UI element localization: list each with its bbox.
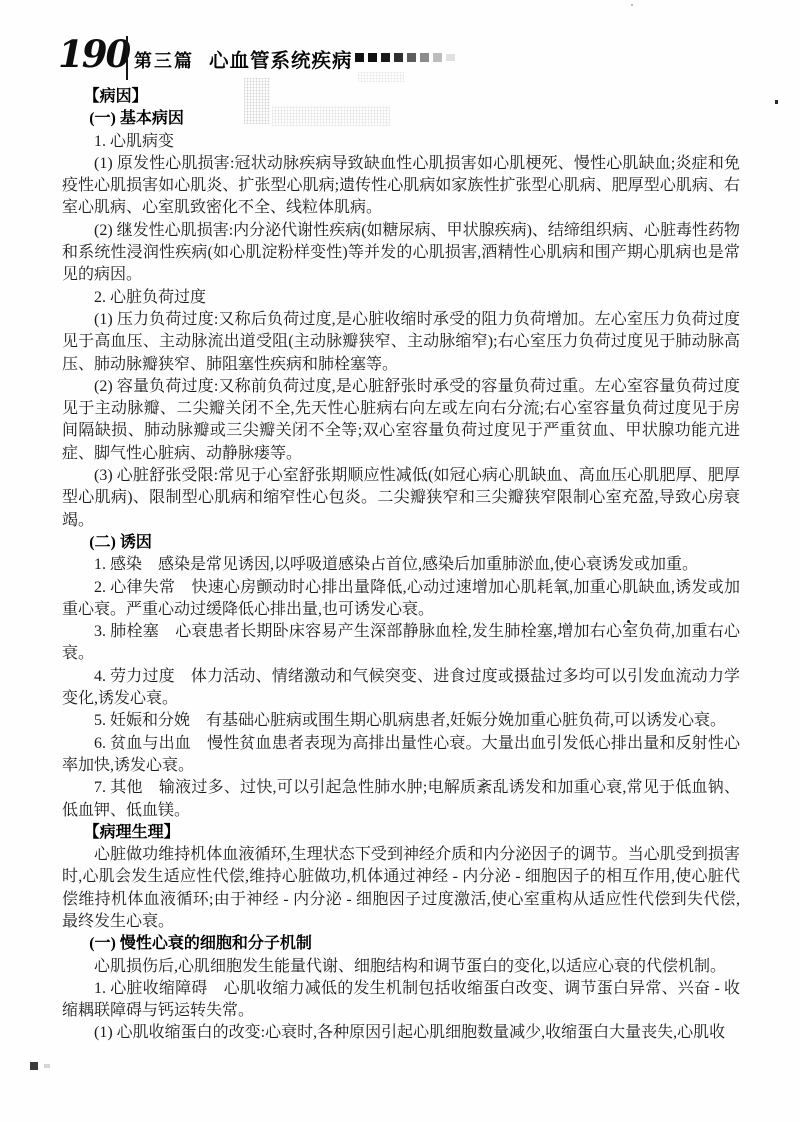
scan-artifact [627,620,630,623]
paragraph: 心肌损伤后,心肌细胞发生能量代谢、细胞结构和调节蛋白的变化,以适应心衰的代偿机制… [62,956,740,978]
paragraph: 4. 劳力过度 体力活动、情绪激动和气候突变、进食过度或摄盐过多均可以引发血流动… [62,666,740,711]
paragraph: 1. 心肌病变 [62,131,740,153]
page-content: 【病因】 (一) 基本病因 1. 心肌病变 (1) 原发性心肌损害:冠状动脉疾病… [62,86,740,1045]
section-label: 第三篇 [134,47,194,73]
paragraph: (1) 原发性心肌损害:冠状动脉疾病导致缺血性心肌损害如心肌梗死、慢性心肌缺血;… [62,153,740,220]
paragraph: 3. 肺栓塞 心衰患者长期卧床容易产生深部静脉血栓,发生肺栓塞,增加右心室负荷,… [62,621,740,666]
subheading-cellular-mechanism: (一) 慢性心衰的细胞和分子机制 [62,933,740,955]
paragraph: 心脏做功维持机体血液循环,生理状态下受到神经介质和内分泌因子的调节。当心肌受到损… [62,844,740,933]
scan-artifact [30,1062,38,1070]
paragraph: 1. 感染 感染是常见诱因,以呼吸道感染占首位,感染后加重肺淤血,使心衰诱发或加… [62,554,740,576]
paragraph: 1. 心脏收缩障碍 心肌收缩力减低的发生机制包括收缩蛋白改变、调节蛋白异常、兴奋… [62,978,740,1023]
paragraph: (1) 压力负荷过度:又称后负荷过度,是心脏收缩时承受的阻力负荷增加。左心室压力… [62,309,740,376]
header-divider [126,36,128,80]
page-header: 190 第三篇 心血管系统疾病 [58,34,758,84]
paragraph: (2) 继发性心肌损害:内分泌代谢性疾病(如糖尿病、甲状腺疾病)、结缔组织病、心… [62,220,740,287]
paragraph: 2. 心律失常 快速心房颤动时心排出量降低,心动过速增加心肌耗氧,加重心肌缺血,… [62,577,740,622]
decorative-squares-icon [355,53,455,62]
subheading-basic-causes: (一) 基本病因 [62,108,740,130]
section-heading-pathophysiology: 【病理生理】 [62,822,740,844]
scan-artifact [44,1064,50,1068]
paragraph: 6. 贫血与出血 慢性贫血患者表现为高排出量性心衰。大量出血引发低心排出量和反射… [62,733,740,778]
paragraph: (2) 容量负荷过度:又称前负荷过度,是心脏舒张时承受的容量负荷过重。左心室容量… [62,376,740,465]
paragraph: 2. 心脏负荷过度 [62,287,740,309]
scan-artifact [775,100,778,104]
subheading-precipitating-factors: (二) 诱因 [62,532,740,554]
chapter-title: 心血管系统疾病 [209,45,353,73]
scan-artifact [631,4,633,6]
paragraph: (1) 心肌收缩蛋白的改变:心衰时,各种原因引起心肌细胞数量减少,收缩蛋白大量丧… [62,1022,740,1044]
paragraph: (3) 心脏舒张受限:常见于心室舒张期顺应性减低(如冠心病心肌缺血、高血压心肌肥… [62,465,740,532]
section-heading-etiology: 【病因】 [62,86,740,108]
scan-artifact [358,72,404,82]
paragraph: 7. 其他 输液过多、过快,可以引起急性肺水肿;电解质紊乱诱发和加重心衰,常见于… [62,777,740,822]
book-page: 190 第三篇 心血管系统疾病 【病因】 (一) 基本病因 1. 心肌病变 (1… [0,0,800,1122]
paragraph: 5. 妊娠和分娩 有基础心脏病或围生期心肌病患者,妊娠分娩加重心脏负荷,可以诱发… [62,710,740,732]
page-number: 190 [58,36,129,73]
